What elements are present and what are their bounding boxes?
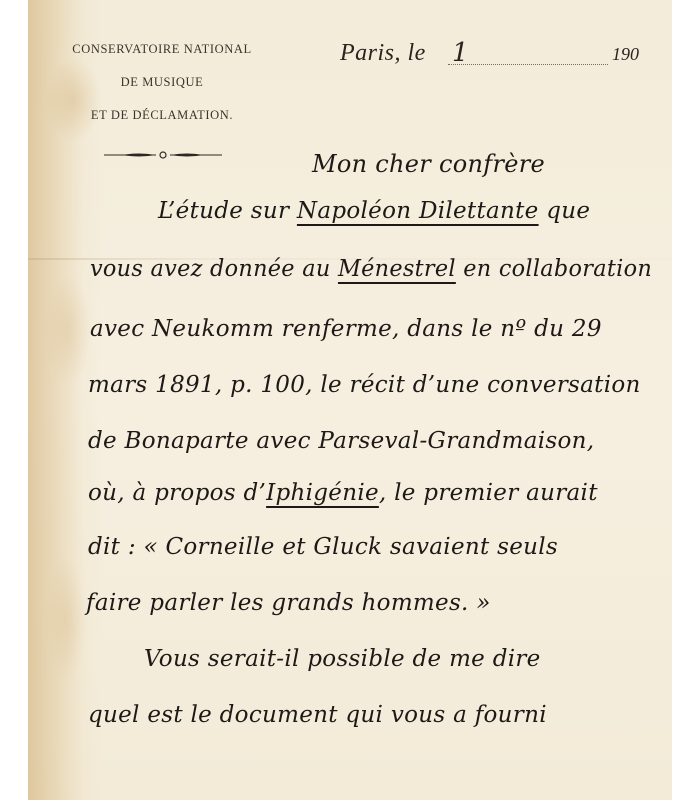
body-line-2-seg-3: en collaboration bbox=[456, 256, 652, 282]
body-line-3-text: avec Neukomm renferme, dans le nº du 29 bbox=[90, 316, 602, 342]
body-line-8: faire parler les grands hommes. » bbox=[86, 590, 491, 616]
body-line-7: dit : « Corneille et Gluck savaient seul… bbox=[88, 534, 558, 560]
title-menestrel: Ménestrel bbox=[338, 256, 456, 282]
salutation: Mon cher confrère bbox=[312, 150, 545, 178]
dateline-place: Paris, le bbox=[340, 40, 426, 67]
body-line-6-seg-1: où, à propos d’ bbox=[88, 480, 266, 506]
body-line-6: où, à propos d’Iphigénie, le premier aur… bbox=[88, 480, 598, 506]
body-line-2-seg-1: vous avez donnée au bbox=[90, 256, 338, 282]
letterhead: CONSERVATOIRE NATIONAL DE MUSIQUE ET DE … bbox=[42, 42, 282, 141]
body-line-10-text: quel est le document qui vous a fourni bbox=[88, 702, 547, 728]
body-line-5: de Bonaparte avec Parseval-Grandmaison, bbox=[88, 428, 594, 454]
body-line-7-text: dit : « Corneille et Gluck savaient seul… bbox=[88, 534, 558, 560]
body-line-1: L’étude sur Napoléon Dilettante que bbox=[158, 198, 590, 224]
body-line-4: mars 1891, p. 100, le récit d’une conver… bbox=[88, 372, 641, 398]
body-line-8-text: faire parler les grands hommes. » bbox=[86, 590, 491, 616]
dateline-year: 190 bbox=[612, 44, 639, 65]
decorative-rule-icon bbox=[104, 150, 222, 160]
body-line-9-text: Vous serait-il possible de me dire bbox=[144, 646, 541, 672]
dateline-dotted-rule bbox=[448, 64, 608, 65]
body-line-5-text: de Bonaparte avec Parseval-Grandmaison, bbox=[88, 428, 594, 454]
title-iphigenie: Iphigénie bbox=[266, 480, 379, 506]
body-line-1-seg-1: L’étude sur bbox=[158, 198, 297, 224]
body-line-10: quel est le document qui vous a fourni bbox=[88, 702, 547, 728]
body-line-6-seg-3: , le premier aurait bbox=[379, 480, 598, 506]
body-line-4-text: mars 1891, p. 100, le récit d’une conver… bbox=[88, 372, 641, 398]
body-line-2: vous avez donnée au Ménestrel en collabo… bbox=[90, 256, 652, 282]
dateline: Paris, le 1 190 bbox=[340, 40, 660, 80]
body-line-3: avec Neukomm renferme, dans le nº du 29 bbox=[90, 316, 602, 342]
title-napoleon-dilettante: Napoléon Dilettante bbox=[297, 198, 539, 224]
letterhead-line-1: CONSERVATOIRE NATIONAL bbox=[42, 42, 282, 57]
body-line-9: Vous serait-il possible de me dire bbox=[144, 646, 541, 672]
letterhead-line-3: ET DE DÉCLAMATION. bbox=[42, 108, 282, 123]
letterhead-line-2: DE MUSIQUE bbox=[42, 75, 282, 90]
body-line-1-seg-3: que bbox=[539, 198, 591, 224]
